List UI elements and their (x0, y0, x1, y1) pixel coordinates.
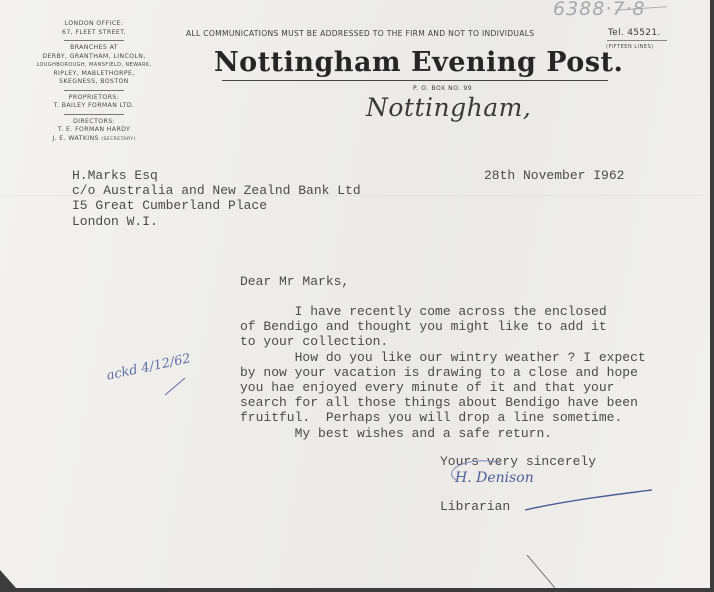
letter-page: London Office: 67, Fleet Street. Branche… (0, 0, 710, 588)
signature-flourish-icon (0, 0, 710, 588)
folded-corner (0, 570, 16, 588)
